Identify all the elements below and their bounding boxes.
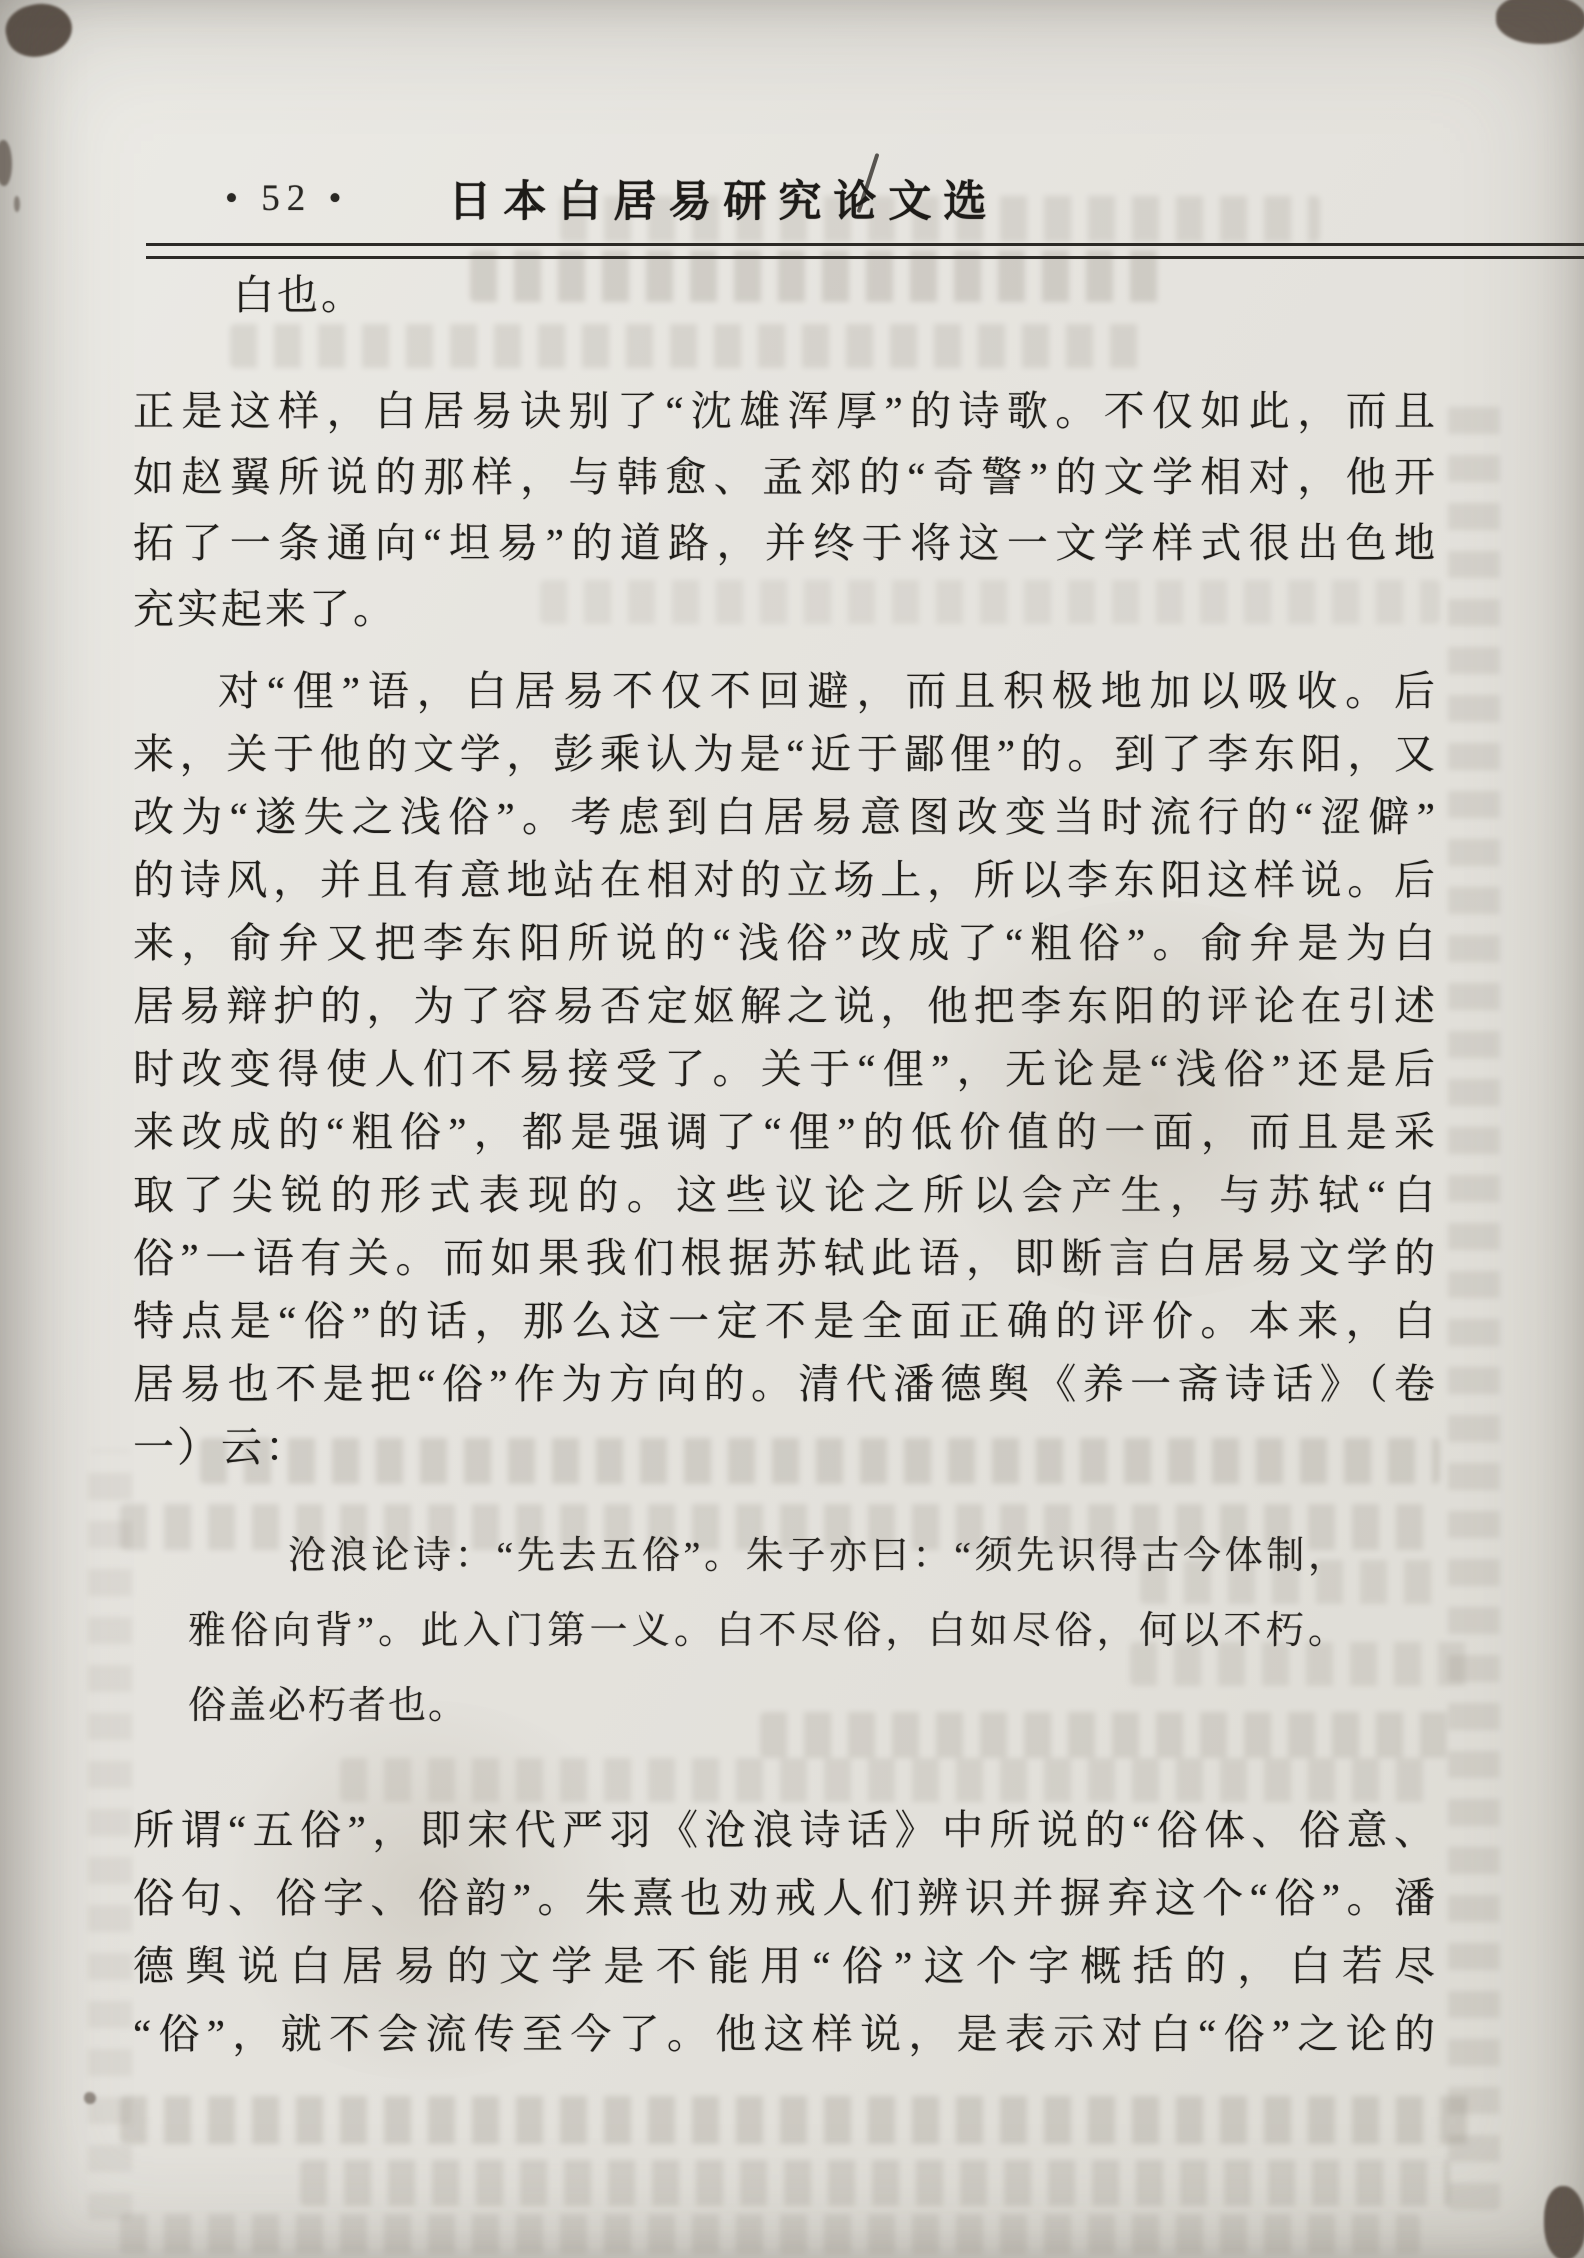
text-line: 来，关于他的文学，彭乘认为是“近于鄙俚”的。到了李东阳，又	[133, 723, 1437, 786]
text-line: 德舆说白居易的文学是不能用“俗”这个字概括的，白若尽	[133, 1932, 1437, 2000]
text-line: 居易辩护的，为了容易否定妪解之说，他把李东阳的评论在引述	[133, 975, 1437, 1038]
block-quote: 沧浪论诗：“先去五俗”。朱子亦曰：“须先识得古今体制， 雅俗向背”。此入门第一义…	[188, 1519, 1348, 1744]
text-line: 改为“遂失之浅俗”。考虑到白居易意图改变当时流行的“涩僻”	[133, 786, 1437, 849]
text-line: 如赵翼所说的那样，与韩愈、孟郊的“奇警”的文学相对，他开	[133, 444, 1437, 510]
text-line: 正是这样，白居易诀别了“沈雄浑厚”的诗歌。不仅如此，而且	[133, 378, 1437, 444]
text-line: 俗”一语有关。而如果我们根据苏轼此语，即断言白居易文学的	[133, 1227, 1437, 1290]
quote-line: 俗盖必朽者也。	[188, 1669, 1348, 1744]
text-line: 取了尖锐的形式表现的。这些议论之所以会产生，与苏轼“白	[133, 1164, 1437, 1227]
text-line: 来，俞弁又把李东阳所说的“浅俗”改成了“粗俗”。俞弁是为白	[133, 912, 1437, 975]
text-line: 所谓“五俗”，即宋代严羽《沧浪诗话》中所说的“俗体、俗意、	[133, 1796, 1437, 1864]
bleedthrough-ghost	[120, 2214, 1420, 2254]
scan-smudge-top-left	[1, 0, 78, 63]
bleedthrough-ghost	[300, 2160, 1450, 2206]
carryover-quote-line: 白也。	[233, 262, 1437, 328]
page-body: 白也。 正是这样，白居易诀别了“沈雄浑厚”的诗歌。不仅如此，而且 如赵翼所说的那…	[133, 262, 1437, 2068]
scan-speck-bottom-left	[84, 2092, 96, 2104]
text-line: 一）云：	[133, 1416, 1437, 1479]
paragraph-3: 所谓“五俗”，即宋代严羽《沧浪诗话》中所说的“俗体、俗意、 俗句、俗字、俗韵”。…	[133, 1796, 1437, 2068]
header-double-rule	[146, 243, 1584, 259]
quote-line: 沧浪论诗：“先去五俗”。朱子亦曰：“须先识得古今体制，	[188, 1519, 1348, 1594]
page-header: • 52 • 日本白居易研究论文选	[225, 168, 998, 229]
book-title: 日本白居易研究论文选	[448, 179, 998, 226]
bleedthrough-ghost	[1448, 390, 1500, 2210]
quote-line: 雅俗向背”。此入门第一义。白不尽俗，白如尽俗，何以不朽。	[188, 1594, 1348, 1669]
text-line: 拓了一条通向“坦易”的道路，并终于将这一文学样式很出色地	[133, 510, 1437, 576]
paragraph-1: 正是这样，白居易诀别了“沈雄浑厚”的诗歌。不仅如此，而且 如赵翼所说的那样，与韩…	[133, 378, 1437, 642]
text-line: 对“俚”语，白居易不仅不回避，而且积极地加以吸收。后	[133, 660, 1437, 723]
scan-speck-left-margin	[14, 196, 20, 212]
text-line: 来改成的“粗俗”，都是强调了“俚”的低价值的一面，而且是采	[133, 1101, 1437, 1164]
text-line: 的诗风，并且有意地站在相对的立场上，所以李东阳这样说。后	[133, 849, 1437, 912]
paragraph-2: 对“俚”语，白居易不仅不回避，而且积极地加以吸收。后 来，关于他的文学，彭乘认为…	[133, 660, 1437, 1479]
scan-smudge-top-right	[1496, 0, 1584, 44]
text-line: 俗句、俗字、俗韵”。朱熹也劝戒人们辨识并摒弃这个“俗”。潘	[133, 1864, 1437, 1932]
bleedthrough-ghost	[120, 2096, 1480, 2144]
scanned-page: • 52 • 日本白居易研究论文选 白也。 正是这样，白居易诀别了“沈雄浑厚”的…	[0, 0, 1584, 2258]
bleedthrough-ghost	[88, 1450, 132, 2220]
text-line: 居易也不是把“俗”作为方向的。清代潘德舆《养一斋诗话》（卷	[133, 1353, 1437, 1416]
scan-smudge-bottom-right	[1544, 2186, 1584, 2258]
page-number: • 52 •	[225, 178, 348, 219]
text-line: 充实起来了。	[133, 576, 1437, 642]
scan-speck-left-edge	[0, 140, 12, 186]
text-line: 特点是“俗”的话，那么这一定不是全面正确的评价。本来，白	[133, 1290, 1437, 1353]
text-line: “俗”，就不会流传至今了。他这样说，是表示对白“俗”之论的	[133, 2000, 1437, 2068]
text-line: 时改变得使人们不易接受了。关于“俚”，无论是“浅俗”还是后	[133, 1038, 1437, 1101]
